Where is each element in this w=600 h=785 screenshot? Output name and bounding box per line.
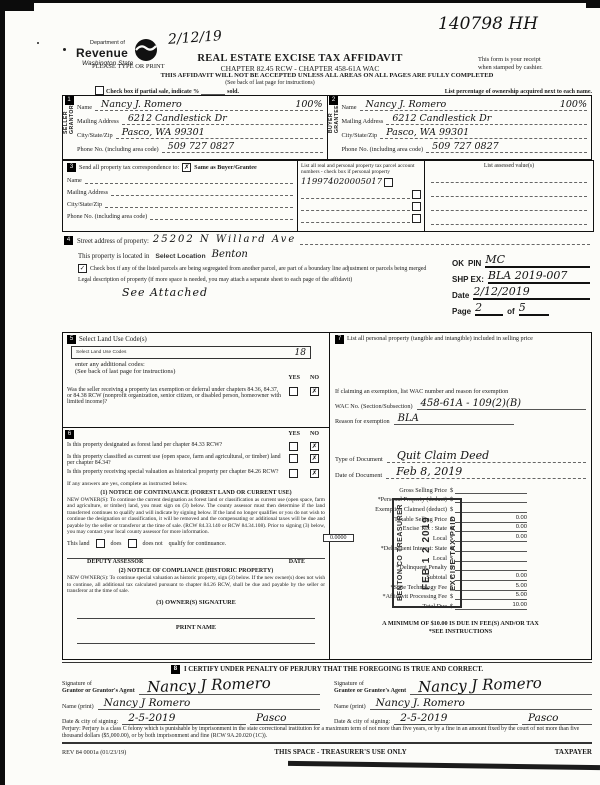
- treasurer-stamp: BENTON CO TREASURER FEB 1 2 2019 EXCISE …: [392, 498, 462, 608]
- owners-signature-label: (3) OWNER(S) SIGNATURE: [67, 599, 325, 606]
- section-5-badge: 5: [67, 335, 76, 344]
- property-section: 4 Street address of property: 25202 N Wi…: [62, 230, 592, 332]
- land-use-dropdown[interactable]: Select Land Use Codes 18: [71, 346, 311, 359]
- located-in-value: Benton: [212, 249, 248, 260]
- corr-name-field[interactable]: [85, 183, 293, 184]
- section-6-badge: 6: [65, 430, 74, 439]
- gross-selling-price-field[interactable]: [455, 485, 527, 494]
- scan-smudge: [288, 761, 600, 770]
- does-not-checkbox[interactable]: [128, 539, 137, 548]
- affidavit-processing-fee-field[interactable]: 5.00: [455, 591, 527, 600]
- buyer-city-label: City/State/Zip: [342, 132, 378, 139]
- pin-label: PIN: [468, 259, 481, 268]
- excise-tax-local-field[interactable]: 0.00: [455, 533, 527, 542]
- grantor-date-city-label: Date & city of signing:: [62, 719, 118, 725]
- corr-mailing-field[interactable]: [111, 195, 293, 196]
- buyer-grantee-label: BUYERGRANTEE: [328, 105, 340, 133]
- corr-city-label: City/State/Zip: [67, 201, 102, 208]
- located-in-label: This property is located in: [78, 253, 149, 260]
- seller-name-field[interactable]: Nancy J. Romero100%: [95, 99, 322, 111]
- scan-corner-mark: [586, 0, 600, 8]
- grantee-signature-label: Signature ofGrantee or Grantee's Agent: [334, 681, 406, 695]
- street-address-value: 25202 N Willard Ave: [153, 234, 296, 245]
- no-header: NO: [310, 431, 319, 437]
- shp-ex-label: SHP EX:: [452, 275, 484, 284]
- total-due-field[interactable]: 10.00: [455, 601, 527, 610]
- grantor-name-print-label: Name (print): [62, 704, 94, 710]
- receipt-note: This form is your receipt when stamped b…: [478, 56, 588, 72]
- land-use-dropdown-placeholder: Select Land Use Codes: [76, 350, 126, 355]
- additional-codes-label: enter any additional codes:: [75, 361, 325, 368]
- this-land-label: This land: [67, 541, 90, 547]
- historical-question: Is this property receiving special valua…: [67, 469, 283, 478]
- partial-sale-checkbox[interactable]: [95, 86, 104, 95]
- perjury-notice: Perjury: Perjury is a class C felony whi…: [62, 726, 592, 744]
- section-8-badge: 8: [171, 665, 180, 674]
- local-rate-box[interactable]: 0.0000: [323, 534, 354, 542]
- scan-speck: [37, 42, 39, 44]
- current-use-no-checkbox[interactable]: ✗: [310, 454, 319, 463]
- notice-compliance-body: NEW OWNER(S): To continue special valuat…: [67, 575, 325, 594]
- scan-edge-top: [0, 0, 600, 3]
- deputy-assessor-label: DEPUTY ASSESSOR: [87, 559, 143, 565]
- corr-phone-label: Phone No. (including area code): [67, 213, 147, 220]
- exemption-prompt: If claiming an exemption, list WAC numbe…: [335, 388, 586, 395]
- of-label: of: [507, 307, 515, 316]
- ok-date-value: 2/12/2019: [473, 285, 590, 300]
- tax-computation-column: 7 List all personal property (tangible a…: [330, 332, 592, 660]
- wac-label: WAC No. (Section/Subsection): [335, 403, 413, 410]
- certification-section: 8 I CERTIFY UNDER PENALTY OF PERJURY THA…: [62, 662, 592, 725]
- corr-mailing-label: Mailing Address: [67, 189, 108, 196]
- qualify-label: qualify for continuance.: [169, 541, 226, 547]
- forest-yes-checkbox[interactable]: [289, 442, 298, 451]
- segregated-checkbox[interactable]: ✓: [78, 264, 87, 273]
- form-footer: REV 84 0001a (01/23/19) THIS SPACE - TRE…: [62, 748, 592, 756]
- seller-mailing-field[interactable]: 6212 Candlestick Dr: [122, 113, 323, 125]
- grantor-signature-label: Signature ofGrantor or Grantor's Agent: [62, 681, 135, 695]
- personal-property-deduct-field[interactable]: [455, 494, 527, 503]
- stamp-treasurer-text: BENTON CO TREASURER: [397, 502, 404, 604]
- ok-date-label: Date: [452, 291, 469, 300]
- date-of-document-label: Date of Document: [335, 472, 382, 479]
- seller-phone-field[interactable]: 509 727 0827: [162, 141, 323, 153]
- reason-label: Reason for exemption: [335, 418, 390, 425]
- receipt-number-handwritten: 140798 HH: [438, 14, 538, 34]
- buyer-box: 2 BUYERGRANTEE Name Nancy J. Romero100% …: [328, 95, 593, 160]
- minimum-fee-note: A MINIMUM OF $10.00 IS DUE IN FEE(S) AND…: [335, 620, 586, 636]
- parcel-field-4[interactable]: [301, 222, 410, 223]
- corr-city-field[interactable]: [105, 207, 293, 208]
- assessed-value-field-1[interactable]: [431, 171, 587, 183]
- grantor-date-field[interactable]: 2-5-2019: [122, 712, 246, 725]
- grantor-city-field[interactable]: Pasco: [250, 712, 320, 725]
- exemption-no-checkbox[interactable]: ✗: [310, 387, 319, 396]
- parcel-field-2[interactable]: [301, 198, 410, 199]
- grantee-date-field[interactable]: 2-5-2019: [394, 712, 518, 725]
- completion-warning: THIS AFFIDAVIT WILL NOT BE ACCEPTED UNLE…: [62, 72, 592, 79]
- section-3-badge: 3: [67, 163, 76, 172]
- select-location-widget[interactable]: Select Location: [155, 253, 205, 260]
- does-checkbox[interactable]: [96, 539, 105, 548]
- subtotal-field[interactable]: 0.00: [455, 572, 527, 581]
- wac-field[interactable]: 458-61A - 109(2)(B): [417, 398, 586, 410]
- assessed-value-field-3[interactable]: [431, 199, 587, 211]
- excise-tax-state-field[interactable]: 0.00: [455, 523, 527, 532]
- personal-property-header: List all personal property (tangible and…: [347, 335, 562, 344]
- seller-mailing-label: Mailing Address: [77, 118, 119, 125]
- delinquent-penalty-field[interactable]: [455, 562, 527, 571]
- seller-phone-label: Phone No. (including area code): [77, 146, 159, 153]
- street-address-label: Street address of property:: [77, 238, 149, 245]
- reason-field[interactable]: BLA: [394, 413, 514, 425]
- page-total-value: 5: [519, 301, 549, 316]
- seller-name-label: Name: [77, 104, 92, 111]
- grantee-date-city-label: Date & city of signing:: [334, 719, 390, 725]
- historical-yes-checkbox[interactable]: [289, 469, 298, 478]
- does-not-label: does not: [143, 541, 163, 547]
- section-7-badge: 7: [335, 335, 344, 344]
- grantee-city-field[interactable]: Pasco: [522, 712, 592, 725]
- same-as-buyer-checkbox[interactable]: ✗: [182, 163, 191, 172]
- type-of-document-field[interactable]: Quit Claim Deed: [387, 449, 586, 463]
- buyer-name-label: Name: [342, 104, 357, 111]
- land-use-title: Select Land Use Code(s): [79, 336, 147, 343]
- seller-grantor-label: SELLERGRANTOR: [63, 105, 75, 134]
- personal-property-checkbox-1[interactable]: [384, 178, 393, 187]
- type-of-document-label: Type of Document: [335, 456, 383, 463]
- assessed-value-field-2[interactable]: [431, 185, 587, 197]
- personal-property-checkbox-2[interactable]: [412, 190, 421, 199]
- parcel-numbers-header: List all real and personal property tax …: [301, 163, 421, 175]
- owners-signature-field[interactable]: [77, 618, 315, 619]
- scan-edge-left: [0, 0, 5, 785]
- send-correspondence-label: Send all property tax correspondence to:: [79, 164, 179, 171]
- buyer-name-field[interactable]: Nancy J. Romero100%: [360, 99, 587, 111]
- section-2-badge: 2: [329, 96, 338, 105]
- ok-label: OK: [452, 259, 464, 268]
- stamp-date-text: FEB 1 2 2019: [421, 502, 432, 604]
- exemption-claimed-field[interactable]: [455, 504, 527, 513]
- shp-ex-value: BLA 2019-007: [488, 269, 590, 284]
- parcel-numbers-box: List all real and personal property tax …: [298, 161, 425, 231]
- grantor-signature-field[interactable]: Nancy J Romero: [139, 676, 320, 695]
- seller-box: 1 SELLERGRANTOR Name Nancy J. Romero100%…: [62, 95, 328, 160]
- treasurer-use-only-label: THIS SPACE - TREASURER'S USE ONLY: [126, 748, 554, 756]
- current-use-yes-checkbox[interactable]: [289, 454, 298, 463]
- assessed-values-header: List assessed value(s): [431, 163, 587, 169]
- form-title: REAL ESTATE EXCISE TAX AFFIDAVIT: [150, 53, 450, 64]
- if-yes-note: If any answers are yes, complete as inst…: [67, 481, 325, 487]
- same-as-buyer-label: Same as Buyer/Grantee: [194, 164, 257, 171]
- parcel-number-value: 119974020005017: [301, 177, 382, 187]
- street-address-field[interactable]: [300, 244, 590, 245]
- seller-city-field[interactable]: Pasco, WA 99301: [116, 127, 323, 139]
- exemption-question: Was the seller receiving a property tax …: [67, 387, 283, 405]
- taxable-selling-price-field[interactable]: 0.00: [455, 514, 527, 523]
- forest-land-question: Is this property designated as forest la…: [67, 442, 283, 451]
- does-label: does: [111, 541, 122, 547]
- page-label: Page: [452, 307, 471, 316]
- yes-header: YES: [288, 431, 300, 437]
- notice-continuance-title: (1) NOTICE OF CONTINUANCE (FOREST LAND O…: [67, 490, 325, 496]
- buyer-phone-field[interactable]: 509 727 0827: [426, 141, 587, 153]
- assessed-values-box: List assessed value(s): [425, 161, 593, 231]
- tax-correspondence-box: 3 Send all property tax correspondence t…: [63, 161, 298, 231]
- scanned-affidavit-page: 140798 HH 2/12/19 Department of Revenue …: [0, 0, 600, 785]
- grantee-name-print-label: Name (print): [334, 704, 366, 710]
- buyer-ownership-percent: 100%: [560, 99, 587, 110]
- see-back-instructions: (See back of last page for instructions): [75, 368, 325, 375]
- current-use-question: Is this property classified as current u…: [67, 454, 283, 466]
- buyer-phone-label: Phone No. (including area code): [342, 146, 424, 153]
- print-name-field[interactable]: [77, 643, 315, 644]
- land-use-code-value: 18: [295, 348, 306, 358]
- personal-property-checkbox-3[interactable]: [412, 202, 421, 211]
- parcel-field-3[interactable]: [301, 210, 410, 211]
- pin-value: MC: [485, 253, 590, 268]
- section-4-badge: 4: [64, 236, 73, 245]
- treasurer-ok-block: OK PIN MC SHP EX: BLA 2019-007 Date 2/12…: [452, 252, 590, 316]
- delinquent-interest-local-field[interactable]: [455, 553, 527, 562]
- date-of-document-field[interactable]: Feb 8, 2019: [386, 465, 586, 479]
- buyer-city-field[interactable]: Pasco, WA 99301: [380, 127, 587, 139]
- corr-phone-field[interactable]: [150, 219, 293, 220]
- gross-selling-price-label: Gross Selling Price: [335, 487, 447, 494]
- land-use-box: 5 Select Land Use Code(s) Select Land Us…: [62, 332, 330, 428]
- grantor-name-print-field[interactable]: Nancy J Romero: [98, 697, 320, 710]
- exemption-yes-checkbox[interactable]: [289, 387, 298, 396]
- assessed-value-field-4[interactable]: [431, 213, 587, 225]
- corr-name-label: Name: [67, 177, 82, 184]
- personal-property-blank-area[interactable]: [335, 344, 586, 386]
- forest-no-checkbox[interactable]: ✗: [310, 442, 319, 451]
- designation-box: 6 YES NO Is this property designated as …: [62, 428, 330, 660]
- scan-speck: [63, 48, 66, 51]
- certify-statement: I CERTIFY UNDER PENALTY OF PERJURY THAT …: [184, 666, 483, 673]
- delinquent-interest-state-field[interactable]: [455, 543, 527, 552]
- grantee-signature-field[interactable]: Nancy J Romero: [410, 676, 592, 695]
- historical-no-checkbox[interactable]: ✗: [310, 469, 319, 478]
- type-or-print-label: PLEASE TYPE OR PRINT: [92, 63, 165, 70]
- buyer-mailing-field[interactable]: 6212 Candlestick Dr: [386, 113, 587, 125]
- personal-property-checkbox-4[interactable]: [412, 214, 421, 223]
- no-header: NO: [310, 375, 319, 381]
- seller-city-label: City/State/Zip: [77, 132, 113, 139]
- state-technology-fee-field[interactable]: 5.00: [455, 582, 527, 591]
- page-number-value: 2: [475, 301, 503, 316]
- stamp-paid-text: EXCISE TAX PAID: [448, 502, 457, 604]
- scan-corner-mark: [0, 0, 34, 11]
- yes-header: YES: [288, 375, 300, 381]
- buyer-mailing-label: Mailing Address: [342, 118, 384, 125]
- section-1-badge: 1: [65, 96, 74, 105]
- deputy-date-label: DATE: [289, 559, 305, 565]
- rev-number: REV 84 0001a (01/23/19): [62, 749, 126, 756]
- notice-compliance-title: (2) NOTICE OF COMPLIANCE (HISTORIC PROPE…: [67, 568, 325, 574]
- notice-continuance-body: NEW OWNER(S): To continue the current de…: [67, 497, 325, 535]
- seller-ownership-percent: 100%: [295, 99, 322, 110]
- print-name-label: PRINT NAME: [67, 624, 325, 631]
- grantee-name-print-field[interactable]: Nancy J. Romero: [370, 697, 592, 710]
- taxpayer-label: TAXPAYER: [555, 748, 592, 756]
